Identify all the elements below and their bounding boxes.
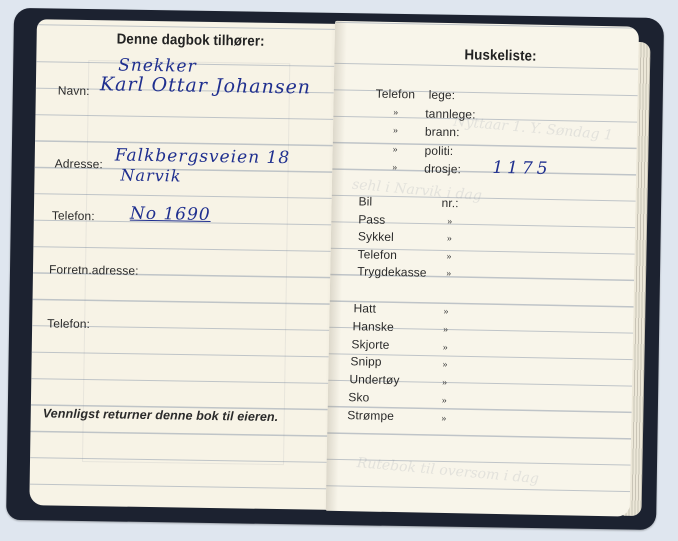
size-label: Snipp xyxy=(350,355,381,370)
list-mark: » xyxy=(447,233,452,244)
phone-entry-label: drosje: xyxy=(424,162,461,177)
phone-entry-value: 1175 xyxy=(492,158,552,179)
phone-entry-label: lege: xyxy=(429,88,456,103)
business-phone-label: Telefon: xyxy=(47,316,90,331)
size-mark: » xyxy=(443,306,448,317)
address-label: Adresse: xyxy=(55,157,103,172)
list-mark: nr.: xyxy=(441,196,458,210)
phone-entry-label: tannlege: xyxy=(425,106,476,121)
address-line1: Falkbergsveien 18 xyxy=(115,145,291,168)
ditto-mark: » xyxy=(393,143,398,154)
size-mark: » xyxy=(442,395,447,406)
ditto-mark: » xyxy=(392,162,397,173)
name-value: Karl Ottar Johansen xyxy=(100,73,311,98)
size-mark: » xyxy=(442,377,447,388)
list-label: Pass xyxy=(358,212,385,227)
size-mark: » xyxy=(442,359,447,370)
list-label: Bil xyxy=(358,194,372,208)
size-label: Hanske xyxy=(352,319,394,334)
phone-value: No 1690 xyxy=(130,204,211,225)
size-mark: » xyxy=(443,342,448,353)
page-title: Huskeliste: xyxy=(464,47,536,64)
list-mark: » xyxy=(446,268,451,279)
phone-lead-label: Telefon xyxy=(376,87,416,102)
size-label: Undertøy xyxy=(349,372,399,387)
ditto-mark: » xyxy=(393,125,398,136)
business-address-label: Forretn.adresse: xyxy=(49,262,139,277)
size-label: Strømpe xyxy=(347,408,394,423)
size-label: Hatt xyxy=(353,301,376,315)
size-mark: » xyxy=(441,413,446,424)
left-page: Denne dagbok tilhører: Snekker Navn: Kar… xyxy=(29,19,347,510)
list-mark: » xyxy=(447,216,452,227)
list-label: Sykkel xyxy=(358,229,394,244)
list-mark: » xyxy=(446,251,451,262)
size-label: Skjorte xyxy=(351,337,389,352)
address-line2: Narvik xyxy=(120,166,181,186)
phone-entry-label: politi: xyxy=(424,143,453,158)
size-label: Sko xyxy=(348,390,369,404)
list-label: Trygdekasse xyxy=(357,264,427,279)
ditto-mark: » xyxy=(393,106,398,117)
phone-label: Telefon: xyxy=(52,208,95,223)
right-page: Nyttaar 1. Y. Søndag 1 sehl i Narvik i d… xyxy=(326,21,639,517)
size-mark: » xyxy=(443,324,448,335)
phone-entry-label: brann: xyxy=(425,125,460,140)
page-title: Denne dagbok tilhører: xyxy=(117,31,265,49)
list-label: Telefon xyxy=(357,247,397,262)
name-label: Navn: xyxy=(58,84,90,98)
